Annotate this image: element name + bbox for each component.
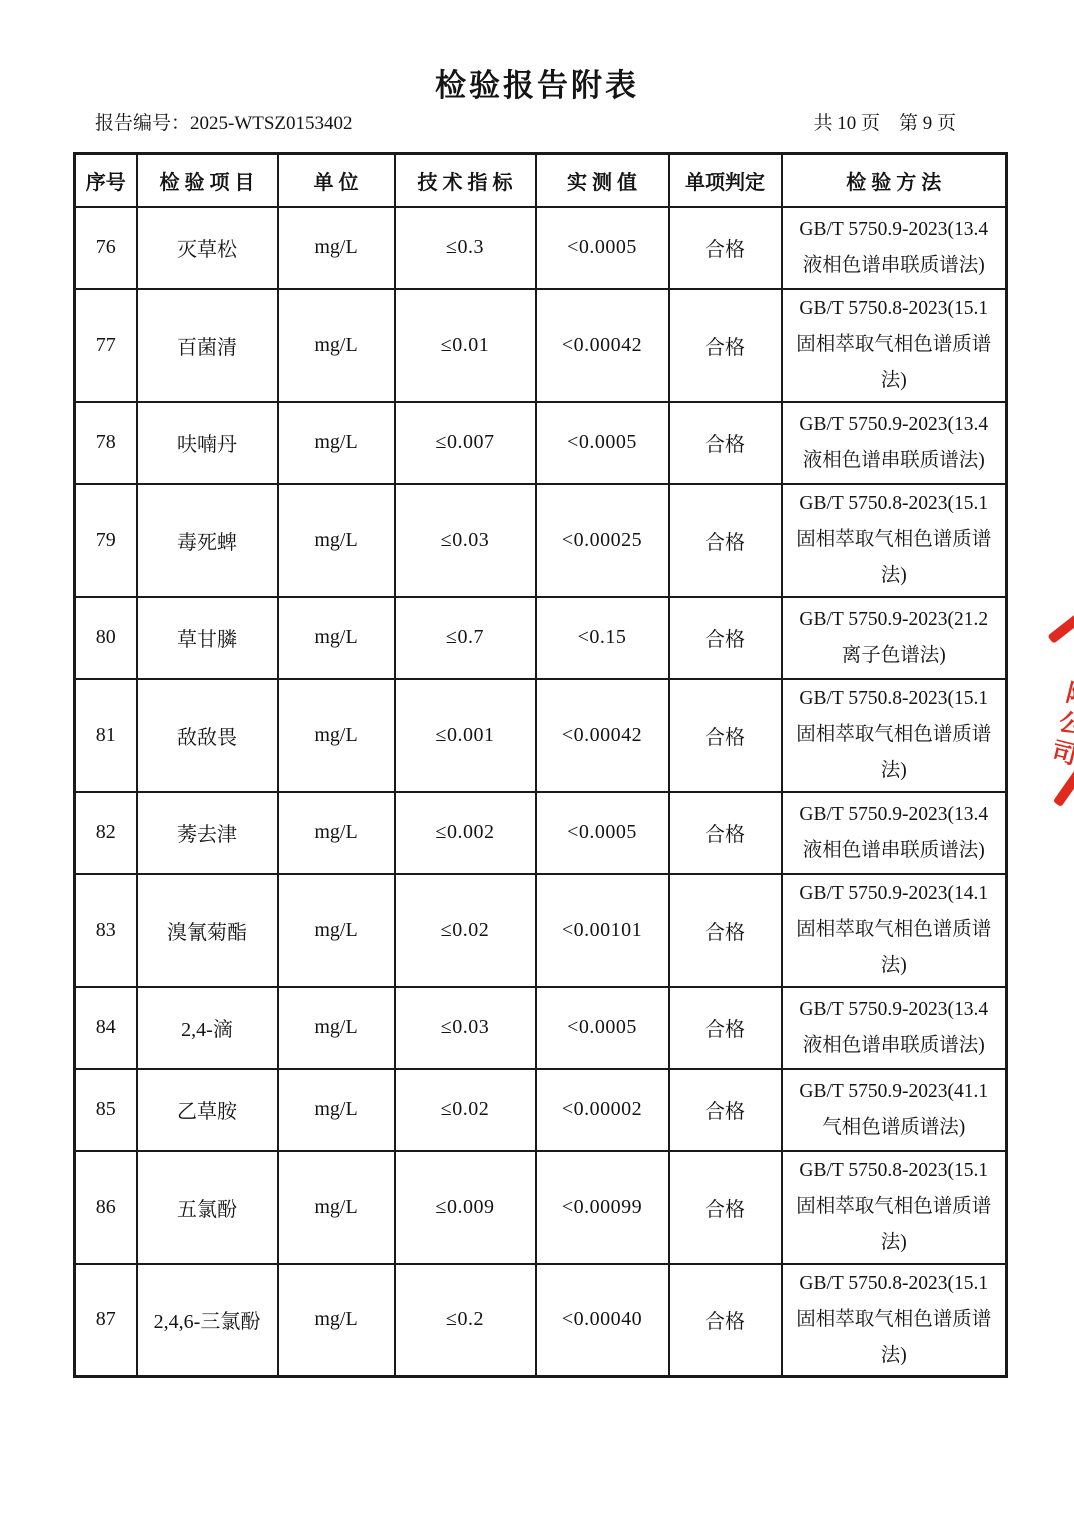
row-method: GB/T 5750.8-2023(15.1 固相萃取气相色谱质谱 法) xyxy=(782,1264,1007,1377)
row-measured: <0.00025 xyxy=(536,484,669,597)
table-row: 81 敌敌畏 mg/L ≤0.001 <0.00042 合格 GB/T 5750… xyxy=(75,679,1007,792)
row-limit: ≤0.02 xyxy=(395,874,536,987)
row-limit: ≤0.3 xyxy=(395,207,536,289)
row-method: GB/T 5750.9-2023(13.4 液相色谱串联质谱法) xyxy=(782,792,1007,874)
row-judgment: 合格 xyxy=(669,1151,782,1264)
table-row: 80 草甘膦 mg/L ≤0.7 <0.15 合格 GB/T 5750.9-20… xyxy=(75,597,1007,679)
row-measured: <0.0005 xyxy=(536,987,669,1069)
row-no: 87 xyxy=(75,1264,137,1377)
row-item: 呋喃丹 xyxy=(137,402,278,484)
row-no: 86 xyxy=(75,1151,137,1264)
row-item: 乙草胺 xyxy=(137,1069,278,1151)
row-unit: mg/L xyxy=(278,679,395,792)
page-title: 检验报告附表 xyxy=(0,60,1074,105)
row-no: 78 xyxy=(75,402,137,484)
row-measured: <0.00002 xyxy=(536,1069,669,1151)
row-limit: ≤0.2 xyxy=(395,1264,536,1377)
row-no: 80 xyxy=(75,597,137,679)
header-item: 检 验 项 目 xyxy=(137,154,278,207)
red-stamp-fragment: 有限公司 xyxy=(1032,610,1074,800)
row-unit: mg/L xyxy=(278,874,395,987)
row-no: 79 xyxy=(75,484,137,597)
row-method: GB/T 5750.9-2023(41.1 气相色谱质谱法) xyxy=(782,1069,1007,1151)
row-method: GB/T 5750.8-2023(15.1 固相萃取气相色谱质谱 法) xyxy=(782,679,1007,792)
row-unit: mg/L xyxy=(278,402,395,484)
stamp-arc-bottom xyxy=(1053,767,1074,807)
meta-row: 报告编号：2025-WTSZ0153402 共 10 页 第 9 页 xyxy=(95,108,956,135)
table-row: 84 2,4-滴 mg/L ≤0.03 <0.0005 合格 GB/T 5750… xyxy=(75,987,1007,1069)
header-unit: 单 位 xyxy=(278,154,395,207)
row-item: 敌敌畏 xyxy=(137,679,278,792)
report-number: 报告编号：2025-WTSZ0153402 xyxy=(95,108,353,135)
row-item: 百菌清 xyxy=(137,289,278,402)
row-measured: <0.00101 xyxy=(536,874,669,987)
row-unit: mg/L xyxy=(278,207,395,289)
row-judgment: 合格 xyxy=(669,207,782,289)
inspection-table: 序号 检 验 项 目 单 位 技 术 指 标 实 测 值 单项判定 检 验 方 … xyxy=(73,152,1008,1378)
row-unit: mg/L xyxy=(278,484,395,597)
pagination: 共 10 页 第 9 页 xyxy=(813,108,956,135)
row-judgment: 合格 xyxy=(669,1069,782,1151)
row-measured: <0.00099 xyxy=(536,1151,669,1264)
header-measured: 实 测 值 xyxy=(536,154,669,207)
table-row: 85 乙草胺 mg/L ≤0.02 <0.00002 合格 GB/T 5750.… xyxy=(75,1069,1007,1151)
row-judgment: 合格 xyxy=(669,402,782,484)
table-row: 79 毒死蜱 mg/L ≤0.03 <0.00025 合格 GB/T 5750.… xyxy=(75,484,1007,597)
row-limit: ≤0.03 xyxy=(395,484,536,597)
table-row: 82 莠去津 mg/L ≤0.002 <0.0005 合格 GB/T 5750.… xyxy=(75,792,1007,874)
row-unit: mg/L xyxy=(278,289,395,402)
row-limit: ≤0.7 xyxy=(395,597,536,679)
row-judgment: 合格 xyxy=(669,484,782,597)
row-no: 82 xyxy=(75,792,137,874)
row-measured: <0.0005 xyxy=(536,792,669,874)
header-limit: 技 术 指 标 xyxy=(395,154,536,207)
row-limit: ≤0.002 xyxy=(395,792,536,874)
row-method: GB/T 5750.9-2023(13.4 液相色谱串联质谱法) xyxy=(782,987,1007,1069)
row-item: 溴氰菊酯 xyxy=(137,874,278,987)
row-method: GB/T 5750.8-2023(15.1 固相萃取气相色谱质谱 法) xyxy=(782,1151,1007,1264)
stamp-text: 有限公司 xyxy=(1040,647,1074,772)
table-row: 87 2,4,6-三氯酚 mg/L ≤0.2 <0.00040 合格 GB/T … xyxy=(75,1264,1007,1377)
report-page: 检验报告附表 报告编号：2025-WTSZ0153402 共 10 页 第 9 … xyxy=(0,0,1074,1520)
row-method: GB/T 5750.9-2023(21.2 离子色谱法) xyxy=(782,597,1007,679)
row-limit: ≤0.02 xyxy=(395,1069,536,1151)
row-measured: <0.00040 xyxy=(536,1264,669,1377)
row-item: 莠去津 xyxy=(137,792,278,874)
row-unit: mg/L xyxy=(278,1069,395,1151)
row-unit: mg/L xyxy=(278,1264,395,1377)
row-judgment: 合格 xyxy=(669,1264,782,1377)
row-item: 五氯酚 xyxy=(137,1151,278,1264)
row-measured: <0.15 xyxy=(536,597,669,679)
row-judgment: 合格 xyxy=(669,792,782,874)
row-limit: ≤0.03 xyxy=(395,987,536,1069)
row-limit: ≤0.001 xyxy=(395,679,536,792)
row-measured: <0.0005 xyxy=(536,207,669,289)
row-method: GB/T 5750.9-2023(13.4 液相色谱串联质谱法) xyxy=(782,402,1007,484)
header-no: 序号 xyxy=(75,154,137,207)
row-method: GB/T 5750.8-2023(15.1 固相萃取气相色谱质谱 法) xyxy=(782,289,1007,402)
row-method: GB/T 5750.8-2023(15.1 固相萃取气相色谱质谱 法) xyxy=(782,484,1007,597)
table-header-row: 序号 检 验 项 目 单 位 技 术 指 标 实 测 值 单项判定 检 验 方 … xyxy=(75,154,1007,207)
stamp-arc-top xyxy=(1047,610,1074,644)
row-item: 灭草松 xyxy=(137,207,278,289)
row-limit: ≤0.01 xyxy=(395,289,536,402)
row-judgment: 合格 xyxy=(669,679,782,792)
row-method: GB/T 5750.9-2023(13.4 液相色谱串联质谱法) xyxy=(782,207,1007,289)
row-no: 83 xyxy=(75,874,137,987)
table-row: 76 灭草松 mg/L ≤0.3 <0.0005 合格 GB/T 5750.9-… xyxy=(75,207,1007,289)
row-method: GB/T 5750.9-2023(14.1 固相萃取气相色谱质谱 法) xyxy=(782,874,1007,987)
table-row: 86 五氯酚 mg/L ≤0.009 <0.00099 合格 GB/T 5750… xyxy=(75,1151,1007,1264)
row-limit: ≤0.007 xyxy=(395,402,536,484)
row-unit: mg/L xyxy=(278,597,395,679)
row-no: 76 xyxy=(75,207,137,289)
table-row: 78 呋喃丹 mg/L ≤0.007 <0.0005 合格 GB/T 5750.… xyxy=(75,402,1007,484)
row-unit: mg/L xyxy=(278,987,395,1069)
row-judgment: 合格 xyxy=(669,289,782,402)
header-method: 检 验 方 法 xyxy=(782,154,1007,207)
row-item: 2,4,6-三氯酚 xyxy=(137,1264,278,1377)
row-measured: <0.00042 xyxy=(536,289,669,402)
row-no: 84 xyxy=(75,987,137,1069)
row-unit: mg/L xyxy=(278,1151,395,1264)
row-item: 2,4-滴 xyxy=(137,987,278,1069)
row-no: 85 xyxy=(75,1069,137,1151)
row-unit: mg/L xyxy=(278,792,395,874)
row-item: 毒死蜱 xyxy=(137,484,278,597)
row-no: 81 xyxy=(75,679,137,792)
header-judgment: 单项判定 xyxy=(669,154,782,207)
row-limit: ≤0.009 xyxy=(395,1151,536,1264)
row-measured: <0.00042 xyxy=(536,679,669,792)
row-judgment: 合格 xyxy=(669,874,782,987)
row-judgment: 合格 xyxy=(669,987,782,1069)
table-row: 83 溴氰菊酯 mg/L ≤0.02 <0.00101 合格 GB/T 5750… xyxy=(75,874,1007,987)
table-row: 77 百菌清 mg/L ≤0.01 <0.00042 合格 GB/T 5750.… xyxy=(75,289,1007,402)
row-no: 77 xyxy=(75,289,137,402)
row-judgment: 合格 xyxy=(669,597,782,679)
row-measured: <0.0005 xyxy=(536,402,669,484)
row-item: 草甘膦 xyxy=(137,597,278,679)
